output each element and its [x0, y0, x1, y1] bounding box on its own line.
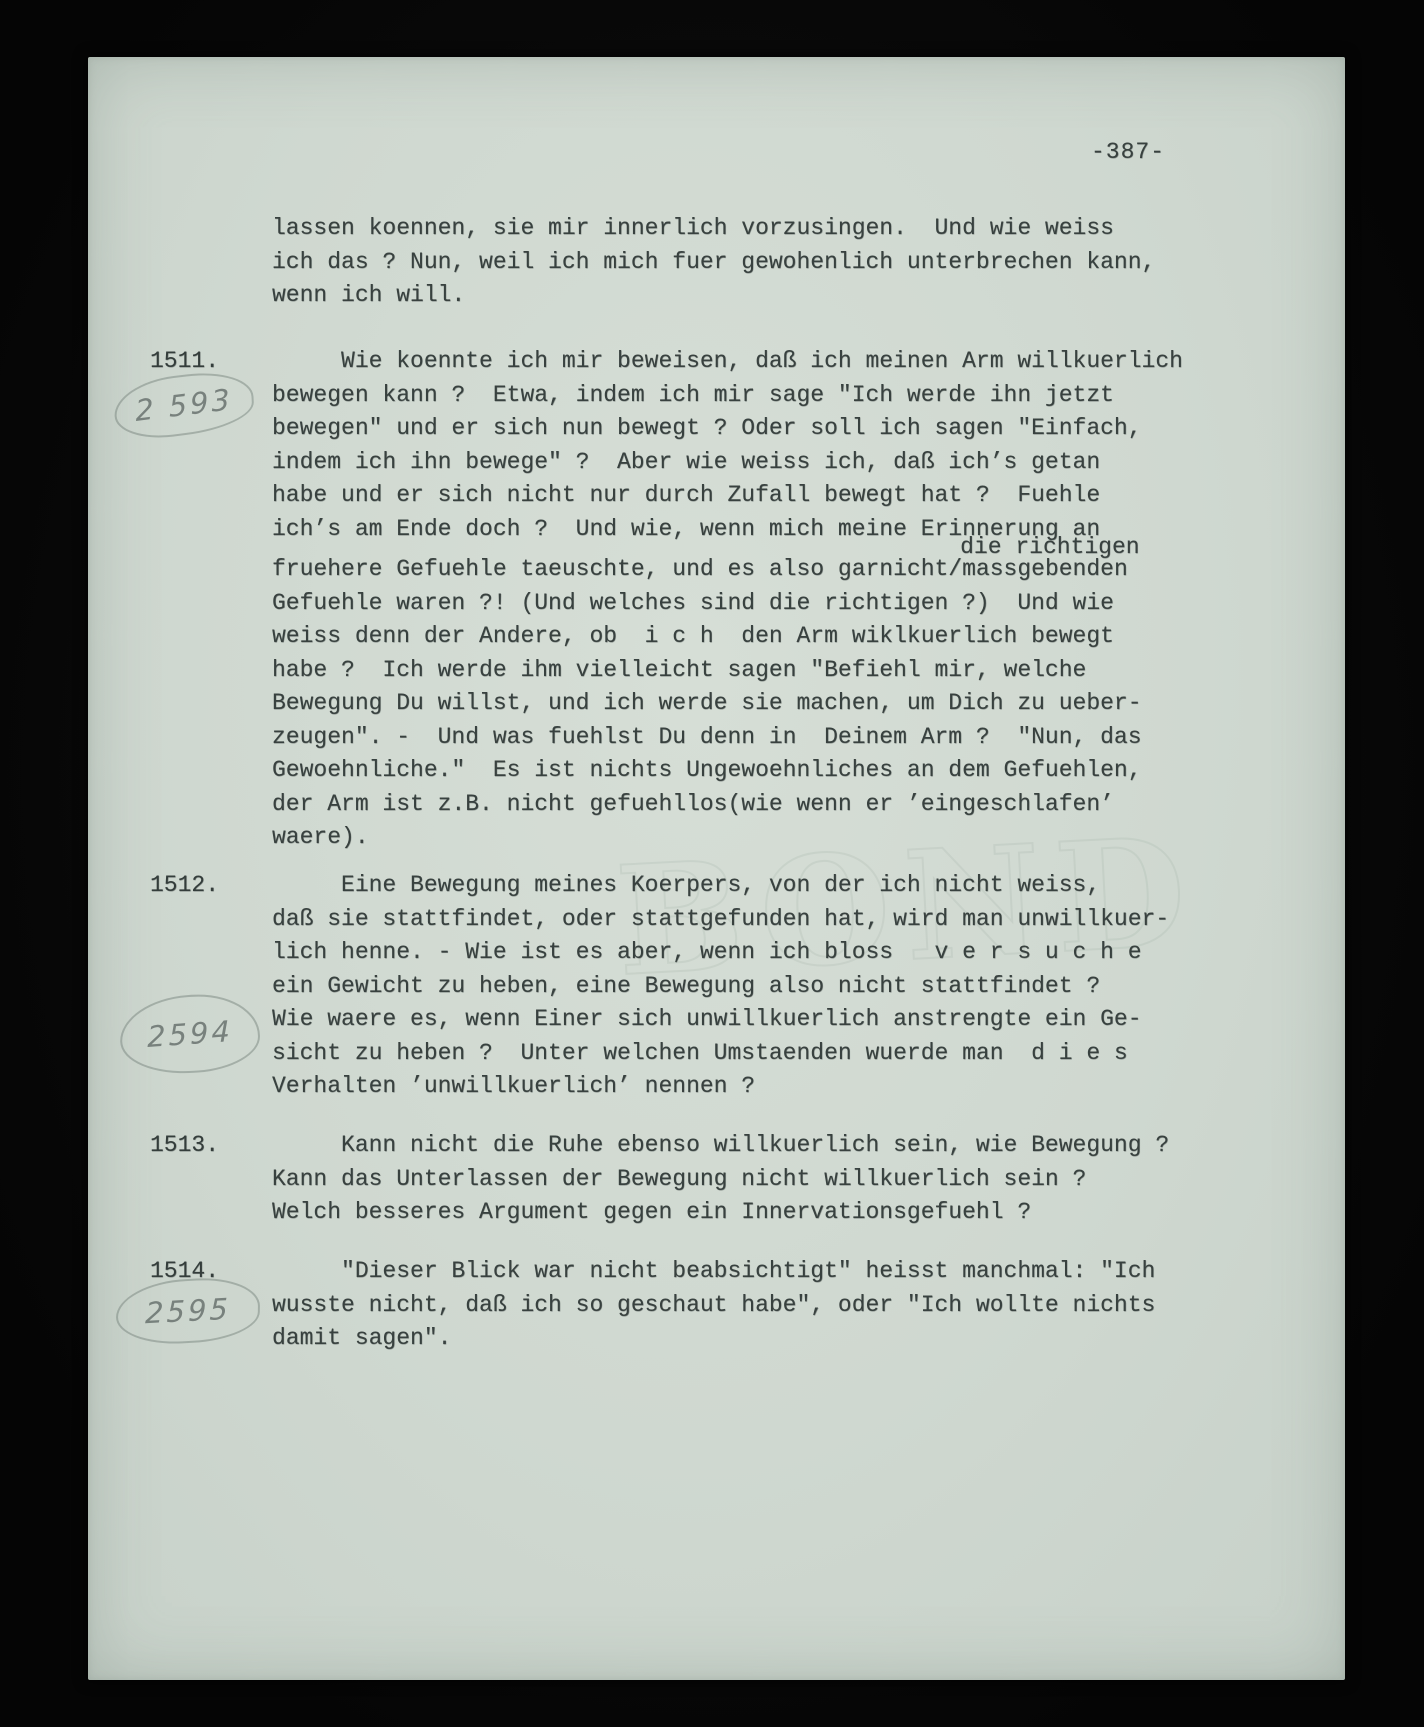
interline-insertion: die richtigen	[960, 531, 1139, 565]
paragraph-continuation: lassen koennen, sie mir innerlich vorzus…	[272, 212, 1155, 313]
text-line: ein Gewicht zu heben, eine Bewegung also…	[272, 970, 1169, 1004]
text-line: Eine Bewegung meines Koerpers, von der i…	[272, 869, 1169, 903]
text-line: zeugen". - Und was fuehlst Du denn in De…	[272, 721, 1183, 755]
text-line: Kann nicht die Ruhe ebenso willkuerlich …	[272, 1129, 1169, 1163]
text-line-with-insertion: fruehere Gefuehle taeuschte, und es also…	[272, 553, 1183, 587]
section-body: "Dieser Blick war nicht beabsichtigt" he…	[272, 1255, 1155, 1356]
section-1512: 1512. Eine Bewegung meines Koerpers, von…	[150, 869, 1169, 1104]
section-1511: 1511. Wie koennte ich mir beweisen, daß …	[150, 345, 1183, 855]
text-line: lich henne. - Wie ist es aber, wenn ich …	[272, 936, 1169, 970]
section-number: 1513.	[150, 1129, 272, 1163]
section-1514: 1514. "Dieser Blick war nicht beabsichti…	[150, 1255, 1155, 1356]
text-line: indem ich ihn bewege" ? Aber wie weiss i…	[272, 446, 1183, 480]
text-line: bewegen kann ? Etwa, indem ich mir sage …	[272, 379, 1183, 413]
page-number: -387-	[1091, 139, 1165, 165]
text-line: lassen koennen, sie mir innerlich vorzus…	[272, 212, 1155, 246]
text-line: sicht zu heben ? Unter welchen Umstaende…	[272, 1037, 1169, 1071]
section-body: Kann nicht die Ruhe ebenso willkuerlich …	[272, 1129, 1169, 1230]
text-line: weiss denn der Andere, ob i c h den Arm …	[272, 620, 1183, 654]
section-1513: 1513. Kann nicht die Ruhe ebenso willkue…	[150, 1129, 1169, 1230]
text-line: waere).	[272, 821, 1183, 855]
text-line: ich das ? Nun, weil ich mich fuer gewohe…	[272, 246, 1155, 280]
text-line: Gefuehle waren ?! (Und welches sind die …	[272, 587, 1183, 621]
text-line: Wie koennte ich mir beweisen, daß ich me…	[272, 345, 1183, 379]
text-line: Wie waere es, wenn Einer sich unwillkuer…	[272, 1003, 1169, 1037]
text-line: habe ? Ich werde ihm vielleicht sagen "B…	[272, 654, 1183, 688]
text-line: bewegen" und er sich nun bewegt ? Oder s…	[272, 412, 1183, 446]
text-line: Welch besseres Argument gegen ein Innerv…	[272, 1196, 1169, 1230]
text-line: Verhalten ’unwillkuerlich’ nennen ?	[272, 1070, 1169, 1104]
inserted-word-anchor: die richtigenmassgebenden	[962, 553, 1128, 587]
text-line: Bewegung Du willst, und ich werde sie ma…	[272, 687, 1183, 721]
section-number: 1512.	[150, 869, 272, 903]
text-line: damit sagen".	[272, 1322, 1155, 1356]
photo-backdrop: BOND -387- lassen koennen, sie mir inner…	[0, 0, 1424, 1727]
text-line: "Dieser Blick war nicht beabsichtigt" he…	[272, 1255, 1155, 1289]
section-body: Wie koennte ich mir beweisen, daß ich me…	[272, 345, 1183, 855]
text-line: Gewoehnliche." Es ist nichts Ungewoehnli…	[272, 754, 1183, 788]
text-line: der Arm ist z.B. nicht gefuehllos(wie we…	[272, 788, 1183, 822]
text-line: wenn ich will.	[272, 279, 1155, 313]
text-segment: fruehere Gefuehle taeuschte, und es also…	[272, 556, 962, 582]
section-body: Eine Bewegung meines Koerpers, von der i…	[272, 869, 1169, 1104]
document-page: BOND -387- lassen koennen, sie mir inner…	[88, 57, 1345, 1680]
text-line: Kann das Unterlassen der Bewegung nicht …	[272, 1163, 1169, 1197]
text-line: daß sie stattfindet, oder stattgefunden …	[272, 903, 1169, 937]
text-line: habe und er sich nicht nur durch Zufall …	[272, 479, 1183, 513]
text-line: wusste nicht, daß ich so geschaut habe",…	[272, 1289, 1155, 1323]
